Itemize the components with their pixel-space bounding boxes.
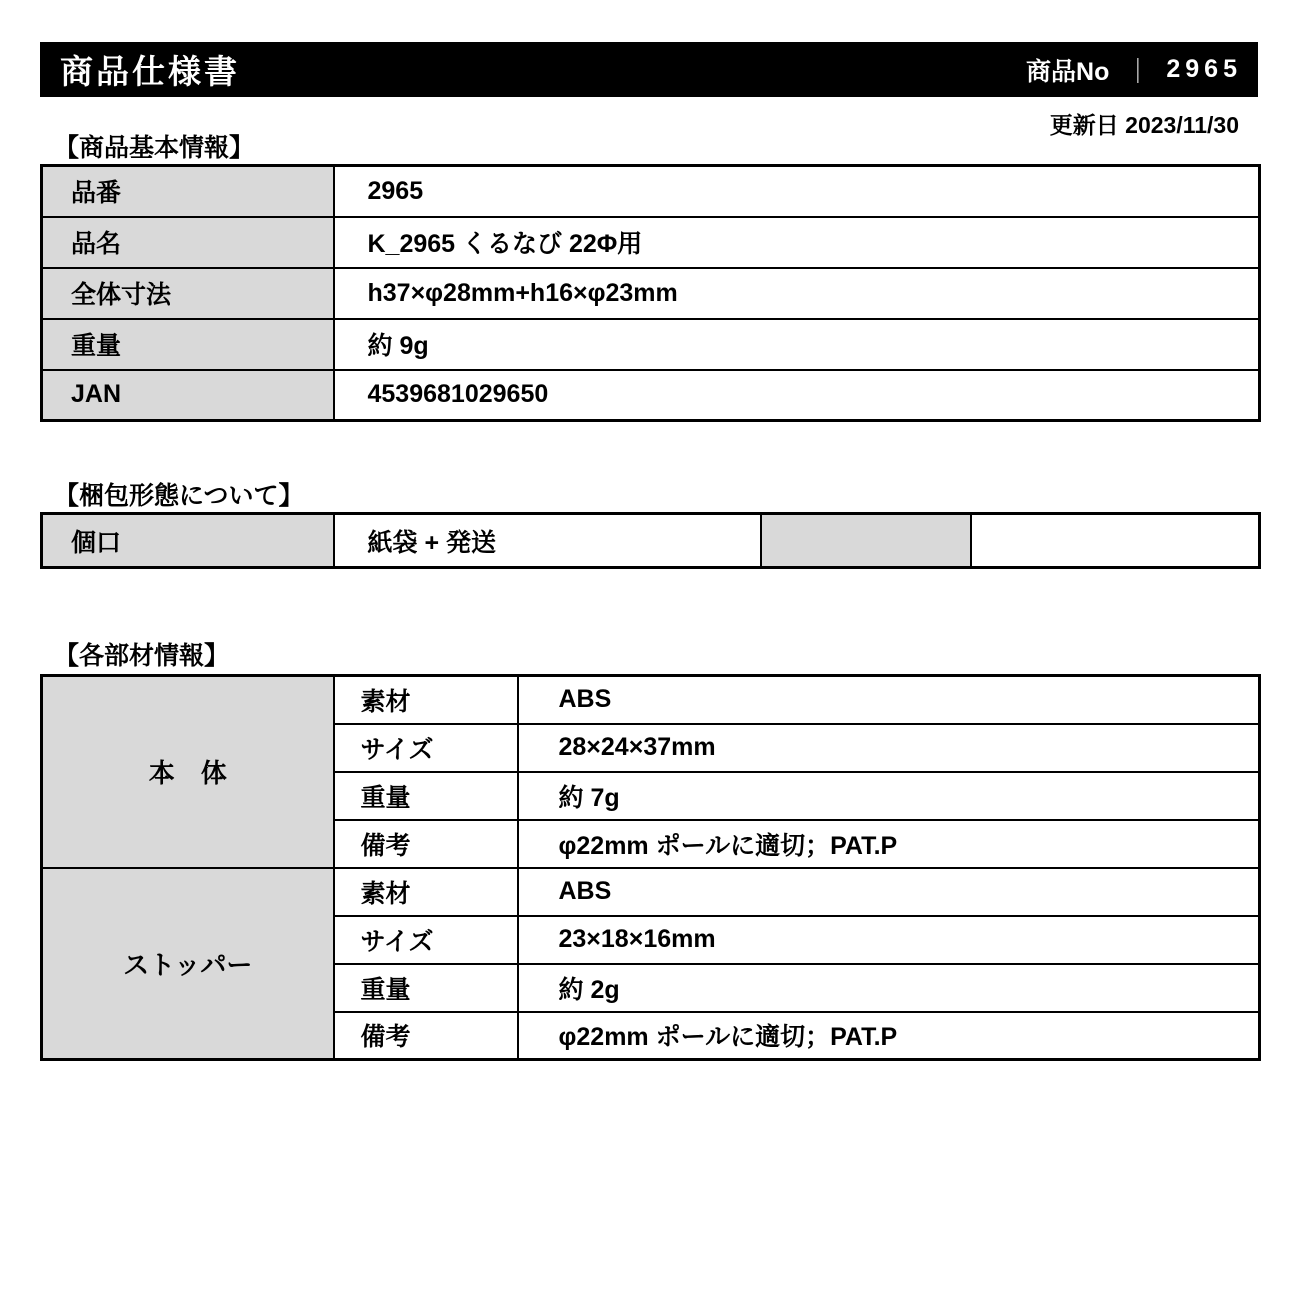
row-value: φ22mm ポールに適切；PAT.P [518, 1012, 1260, 1060]
row-value: φ22mm ポールに適切；PAT.P [518, 820, 1260, 868]
table-row: 品名 K_2965 くるなび 22Φ用 [42, 217, 1260, 268]
basic-info-table: 品番 2965 品名 K_2965 くるなび 22Φ用 全体寸法 h37×φ28… [40, 164, 1261, 422]
part-name-stopper: ストッパー [42, 868, 334, 1060]
document-header-bar: 商品仕様書 商品No ｜ 2965 [40, 42, 1258, 97]
table-row: ストッパー 素材 ABS [42, 868, 1260, 916]
row-label: 重量 [42, 319, 334, 370]
row-label: JAN [42, 370, 334, 421]
row-label: 備考 [334, 1012, 518, 1060]
table-row: 重量 約 9g [42, 319, 1260, 370]
row-label: サイズ [334, 724, 518, 772]
row-value: ABS [518, 868, 1260, 916]
row-label: 素材 [334, 676, 518, 724]
row-value: 約 9g [334, 319, 1260, 370]
row-value: h37×φ28mm+h16×φ23mm [334, 268, 1260, 319]
row-value: 2965 [334, 166, 1260, 217]
row-value: 約 2g [518, 964, 1260, 1012]
row-label: 備考 [334, 820, 518, 868]
row-value: 28×24×37mm [518, 724, 1260, 772]
row-value: 約 7g [518, 772, 1260, 820]
row-label: 素材 [334, 868, 518, 916]
product-no-value: 2965 [1166, 55, 1242, 84]
section-heading-parts: 【各部材情報】 [54, 636, 229, 672]
table-row: 全体寸法 h37×φ28mm+h16×φ23mm [42, 268, 1260, 319]
row-value: K_2965 くるなび 22Φ用 [334, 217, 1260, 268]
section-heading-basic-info: 【商品基本情報】 [54, 128, 254, 164]
product-no-separator: ｜ [1125, 52, 1150, 88]
packing-empty-white-cell [971, 514, 1260, 568]
row-label: 品番 [42, 166, 334, 217]
section-heading-packing: 【梱包形態について】 [54, 476, 304, 512]
table-row: 本 体 素材 ABS [42, 676, 1260, 724]
row-value: 23×18×16mm [518, 916, 1260, 964]
row-label: 重量 [334, 964, 518, 1012]
row-label: 全体寸法 [42, 268, 334, 319]
packing-table: 個口 紙袋 + 発送 [40, 512, 1261, 569]
parts-table: 本 体 素材 ABS サイズ 28×24×37mm 重量 約 7g 備考 φ22… [40, 674, 1261, 1061]
row-value: 紙袋 + 発送 [334, 514, 761, 568]
row-value: ABS [518, 676, 1260, 724]
part-name-body: 本 体 [42, 676, 334, 868]
document-title: 商品仕様書 [60, 46, 240, 93]
product-no-group: 商品No ｜ 2965 [1026, 52, 1242, 88]
row-value: 4539681029650 [334, 370, 1260, 421]
table-row: 個口 紙袋 + 発送 [42, 514, 1260, 568]
packing-empty-gray-cell [761, 514, 971, 568]
row-label: 重量 [334, 772, 518, 820]
row-label: サイズ [334, 916, 518, 964]
row-label: 個口 [42, 514, 334, 568]
table-row: JAN 4539681029650 [42, 370, 1260, 421]
table-row: 品番 2965 [42, 166, 1260, 217]
row-label: 品名 [42, 217, 334, 268]
spec-sheet-page: 商品仕様書 商品No ｜ 2965 更新日 2023/11/30 【商品基本情報… [0, 0, 1300, 1300]
product-no-label: 商品No [1026, 52, 1109, 88]
